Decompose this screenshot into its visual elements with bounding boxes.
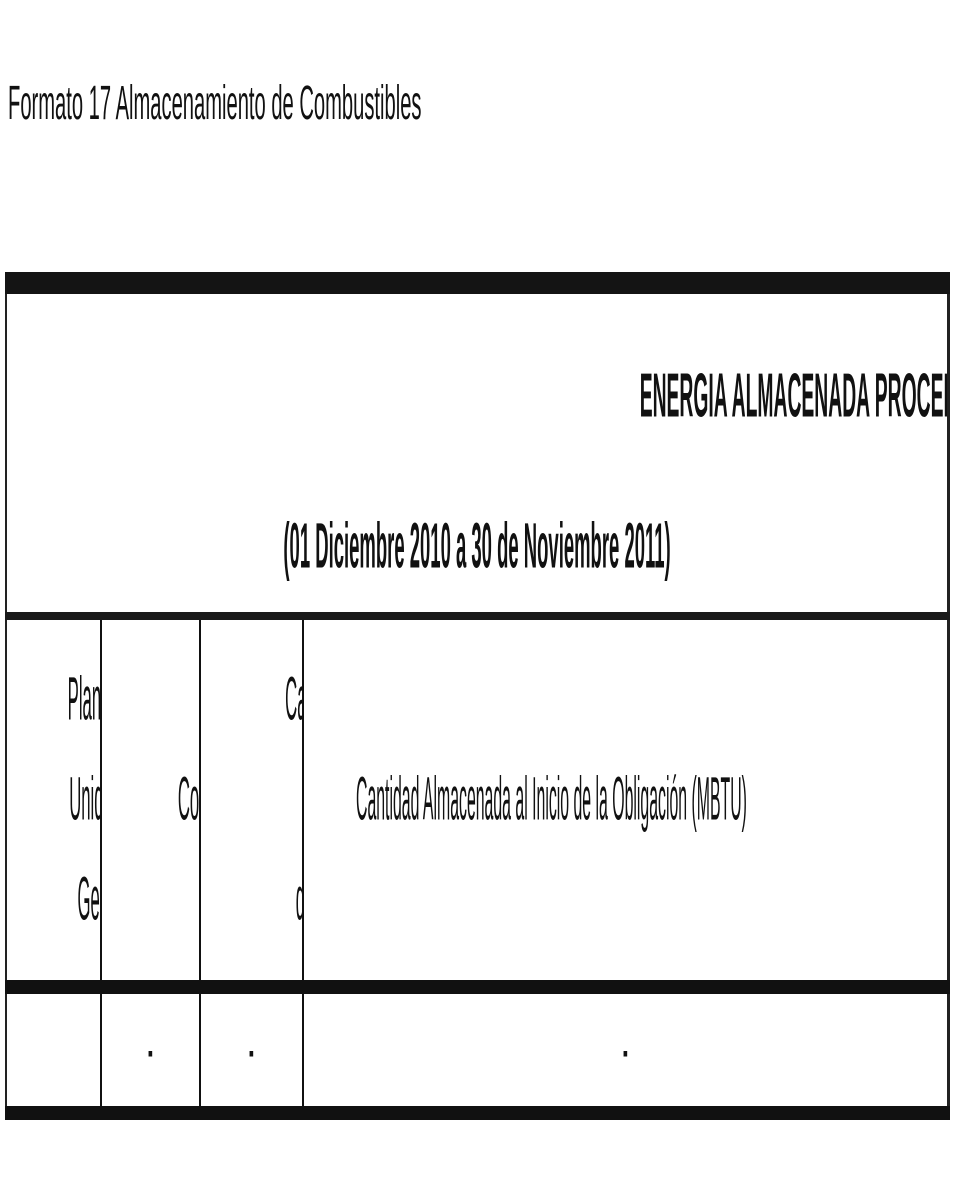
- table-title-cell: ENERGIA ALMACENADA PROCEDENTE DE CARBON …: [6, 283, 948, 616]
- cell-capacity: -: [200, 987, 303, 1113]
- column-header-quantity: Cantidad Almacenada al Inicio de la Obli…: [303, 616, 948, 987]
- cell-plant: PROELECTRICA: [6, 987, 101, 1113]
- caption-text: Formato 17 Almacenamiento de Combustible…: [8, 72, 421, 136]
- column-header-fuel: Combustible: [101, 616, 200, 987]
- storage-table-container: ENERGIA ALMACENADA PROCEDENTE DE CARBON …: [5, 272, 947, 1120]
- column-header-plant: Planta y/o Unidad de Generación: [6, 616, 101, 987]
- document-page: Formato 17 Almacenamiento de Combustible…: [0, 0, 953, 1196]
- table-title-row: ENERGIA ALMACENADA PROCEDENTE DE CARBON …: [6, 283, 948, 616]
- table-title: ENERGIA ALMACENADA PROCEDENTE DE CARBON …: [7, 355, 947, 435]
- table-row: PROELECTRICA - - -: [6, 987, 948, 1113]
- cell-fuel: -: [101, 987, 200, 1113]
- cell-quantity: -: [303, 987, 948, 1113]
- column-header-capacity: Capacidad de Almacenamiento del combusti…: [200, 616, 303, 987]
- document-caption: Formato 17 Almacenamiento de Combustible…: [8, 72, 270, 136]
- fuel-storage-table: ENERGIA ALMACENADA PROCEDENTE DE CARBON …: [5, 272, 950, 1120]
- table-header-row: Planta y/o Unidad de Generación Combusti…: [6, 616, 948, 987]
- table-period: (01 Diciembre 2010 a 30 de Noviembre 201…: [7, 507, 947, 587]
